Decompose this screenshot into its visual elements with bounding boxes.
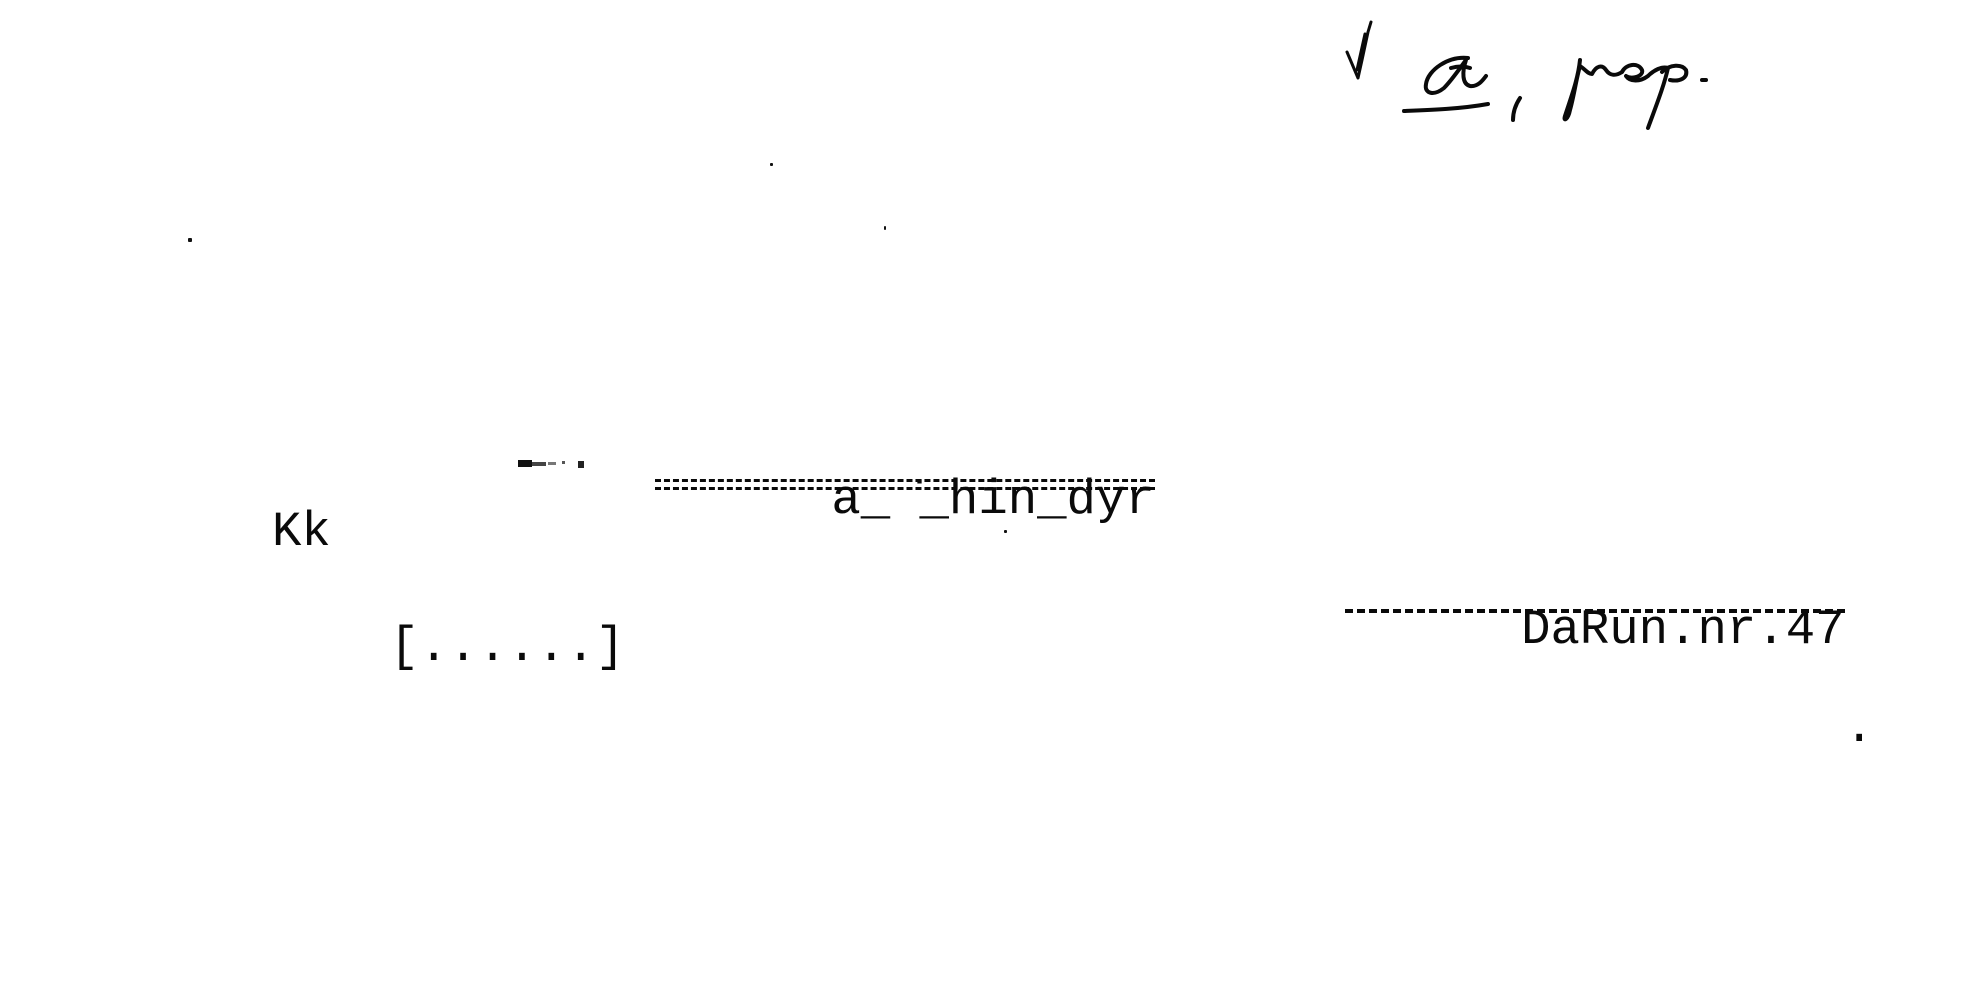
reference-underline: [1345, 609, 1845, 613]
scan-smudge: [518, 458, 590, 470]
headword: a_ ̇_hin_dyr: [655, 427, 1155, 672]
source-reference: DaRun.nr.47 .: [1227, 508, 1874, 802]
reference-text-wrapper: DaRun.nr.47: [1345, 557, 1845, 753]
grammar-label: Kk: [272, 508, 331, 557]
headword-underline-bottom: [655, 487, 1155, 490]
handwritten-comma: [1513, 98, 1520, 120]
scan-speck: [1004, 530, 1007, 533]
scan-speck: [188, 238, 192, 242]
handwritten-underline: [1404, 104, 1488, 111]
scan-speck: [884, 226, 886, 230]
handwritten-annotation: a, prep.: [1330, 10, 1790, 140]
headword-line: [......] a_ ̇_hin_dyr: [272, 378, 1155, 721]
document-slip: a, prep. [......] a_ ̇_hin_dyr: [0, 0, 1979, 986]
elided-bracket: [......]: [390, 619, 625, 675]
headword-underline-top: [655, 479, 1155, 482]
handwritten-prep: [1565, 60, 1706, 128]
checkmark-icon: [1347, 22, 1371, 78]
scan-speck: [770, 163, 773, 166]
handwritten-a: [1426, 58, 1486, 93]
reference-period: .: [1845, 700, 1874, 756]
